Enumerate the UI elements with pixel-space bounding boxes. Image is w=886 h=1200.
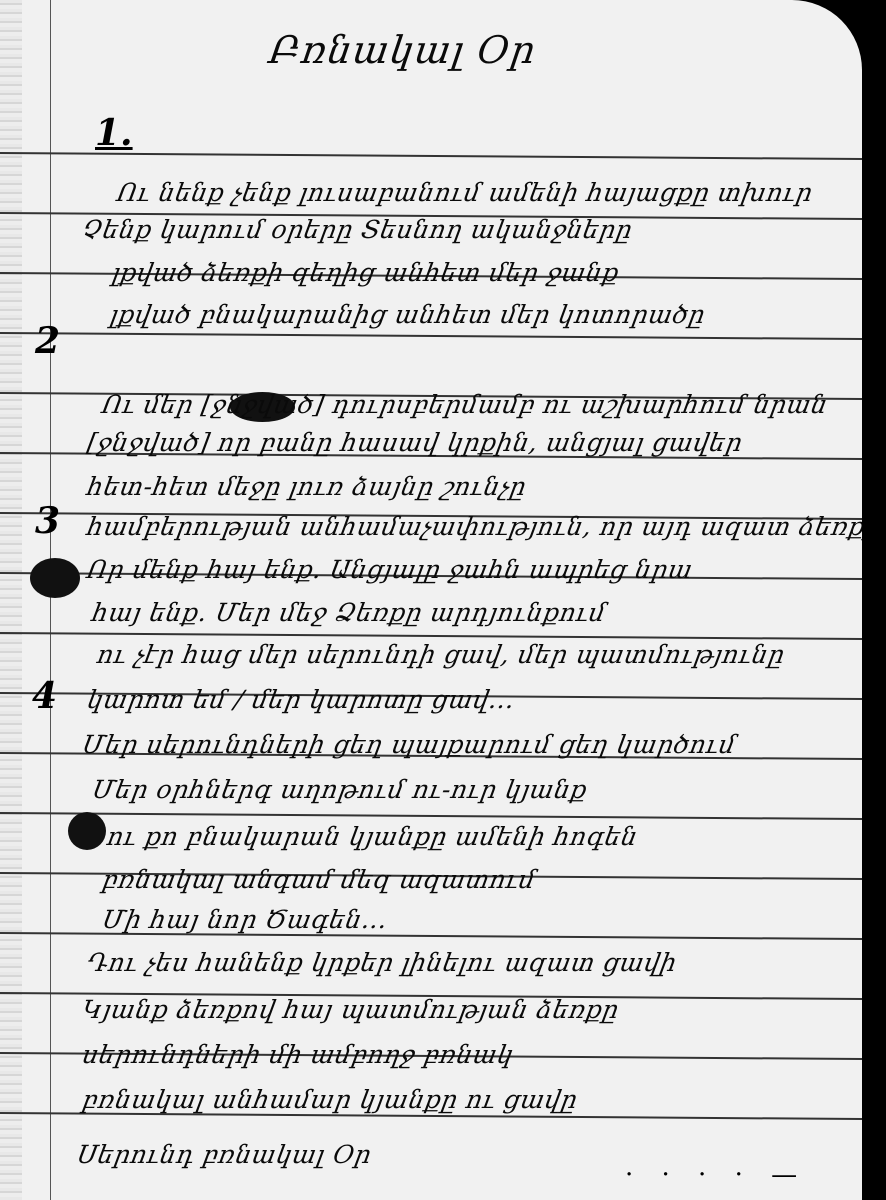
section-number: 1. bbox=[95, 112, 133, 154]
handwritten-line: ու քո բնակարան կյանքը ամենի հոգեն bbox=[105, 822, 640, 851]
handwritten-line: լքված ձեռքի զեղից անհետ մեր ջանք bbox=[110, 258, 621, 287]
handwritten-line: Մեր սերունդների ցեղ պայքարում ցեղ կարծու… bbox=[80, 730, 738, 759]
scribble-mark bbox=[30, 558, 80, 598]
handwritten-line: Ու մեր [ջնջված] դուրսբերմամբ ու աշխարհու… bbox=[100, 390, 830, 419]
handwritten-line: բռնակալ անգամ մեզ ազատում bbox=[100, 865, 538, 894]
page-title: Բռնակալ Օր bbox=[267, 28, 539, 72]
handwritten-line: Որ մենք հայ ենք. Անցյալը ջահն ապրեց նրա bbox=[85, 555, 695, 584]
handwritten-line: սերունդների մի ամբողջ բռնակ bbox=[80, 1040, 516, 1069]
handwritten-line: բռնակալ անհամար կյանքը ու ցավը bbox=[80, 1085, 580, 1114]
handwritten-line: լքված բնակարանից անհետ մեր կոտորածը bbox=[108, 300, 708, 329]
handwritten-line: Ու նենք չենք լուսաբանում ամենի հայացքը տ… bbox=[115, 178, 815, 207]
handwritten-line: հայ ենք. Մեր մեջ Ձեռքը արդյունքում bbox=[90, 598, 608, 627]
handwritten-line: հետ-հետ մեջը լուռ ձայնը շունչը bbox=[85, 472, 529, 501]
scribble-mark bbox=[68, 812, 106, 850]
torn-page-edge bbox=[0, 0, 22, 1200]
handwritten-line: Մեր օրհներգ աղոթում ու-ուր կյանք bbox=[90, 775, 590, 804]
closing-mark: · · · · — bbox=[625, 1160, 807, 1190]
handwritten-line: Սերունդ բռնակալ Օր bbox=[75, 1140, 374, 1169]
notebook-page: Բռնակալ Օր 1. 2 3 4 Ու նենք չենք լուսաբա… bbox=[0, 0, 862, 1200]
handwritten-line: Չենք կարում օրերը Տեսնող ականջները bbox=[80, 215, 635, 244]
ruled-line bbox=[0, 632, 862, 640]
handwritten-line: Կյանք ձեռքով հայ պատմության ձեռքը bbox=[80, 995, 621, 1024]
handwritten-line: ու չէր հաց մեր սերունդի ցավ, մեր պատմութ… bbox=[95, 640, 787, 669]
section-number: 2 bbox=[35, 320, 60, 362]
handwritten-line: Դու չես հանենք կրքեր լինելու ազատ ցավի bbox=[85, 948, 679, 977]
handwritten-line: [ջնջված] որ բանը հասավ կրքին, անցյալ ցավ… bbox=[85, 428, 745, 457]
handwritten-line: Մի հայ նոր Ծագեն... bbox=[100, 905, 390, 934]
handwritten-line: կարոտ եմ / մեր կարոտը ցավ... bbox=[85, 685, 517, 714]
section-number: 4 bbox=[32, 675, 57, 717]
ruled-line bbox=[0, 332, 862, 340]
section-number: 3 bbox=[35, 500, 60, 542]
margin-line bbox=[50, 0, 51, 1200]
ruled-line bbox=[0, 812, 862, 820]
handwritten-line: համբերության անհամաչափություն, որ այդ ազ… bbox=[85, 512, 862, 541]
